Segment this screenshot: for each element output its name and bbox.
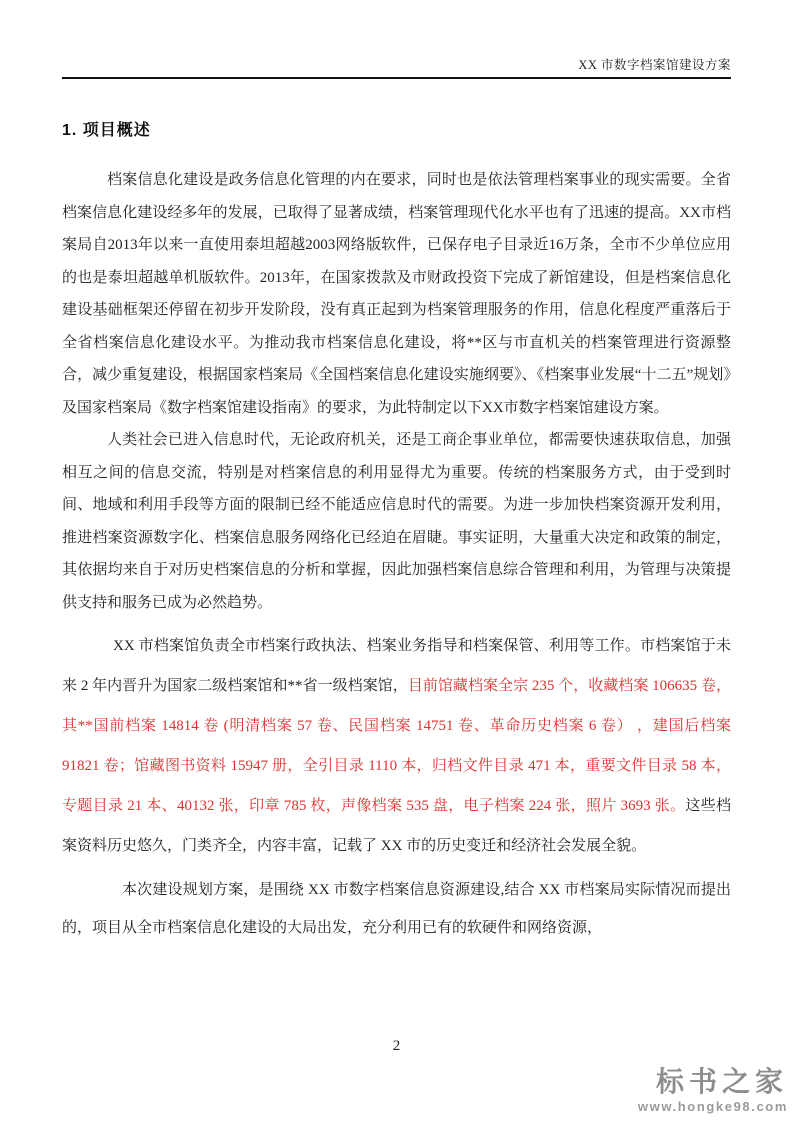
paragraph-text-red-statistics: 目前馆藏档案全宗 235 个，收藏档案 106635 卷，其**国前档案 148… <box>62 678 731 814</box>
paragraph-text: 档案信息化建设是政务信息化管理的内在要求，同时也是依法管理档案事业的现实需要。全… <box>62 172 731 416</box>
page-header: XX 市数字档案馆建设方案 <box>62 0 731 79</box>
document-body: 1. 项目概述 档案信息化建设是政务信息化管理的内在要求，同时也是依法管理档案事… <box>62 77 731 947</box>
paragraph-text: 人类社会已进入信息时代，无论政府机关，还是工商企事业单位，都需要快速获取信息，加… <box>62 432 731 611</box>
paragraph-text: 本次建设规划方案，是围绕 XX 市数字档案信息资源建设,结合 XX 市档案局实际… <box>62 882 731 936</box>
header-title: XX 市数字档案馆建设方案 <box>62 55 731 73</box>
watermark-brand: 标书之家 <box>638 1067 788 1098</box>
watermark: 标书之家 www.hongke98.com <box>638 1067 788 1114</box>
paragraph-intro: 档案信息化建设是政务信息化管理的内在要求，同时也是依法管理档案事业的现实需要。全… <box>62 164 731 424</box>
section-heading: 1. 项目概述 <box>62 117 731 140</box>
paragraph-archive-holdings: XX 市档案馆负责全市档案行政执法、档案业务指导和档案保管、利用等工作。市档案馆… <box>62 626 731 866</box>
paragraph-plan-basis: 本次建设规划方案，是围绕 XX 市数字档案信息资源建设,结合 XX 市档案局实际… <box>62 871 731 947</box>
page-number: 2 <box>0 1038 793 1055</box>
paragraph-information-age: 人类社会已进入信息时代，无论政府机关，还是工商企事业单位，都需要快速获取信息，加… <box>62 424 731 619</box>
document-page: XX 市数字档案馆建设方案 1. 项目概述 档案信息化建设是政务信息化管理的内在… <box>0 0 793 1122</box>
watermark-url: www.hongke98.com <box>638 1099 788 1114</box>
